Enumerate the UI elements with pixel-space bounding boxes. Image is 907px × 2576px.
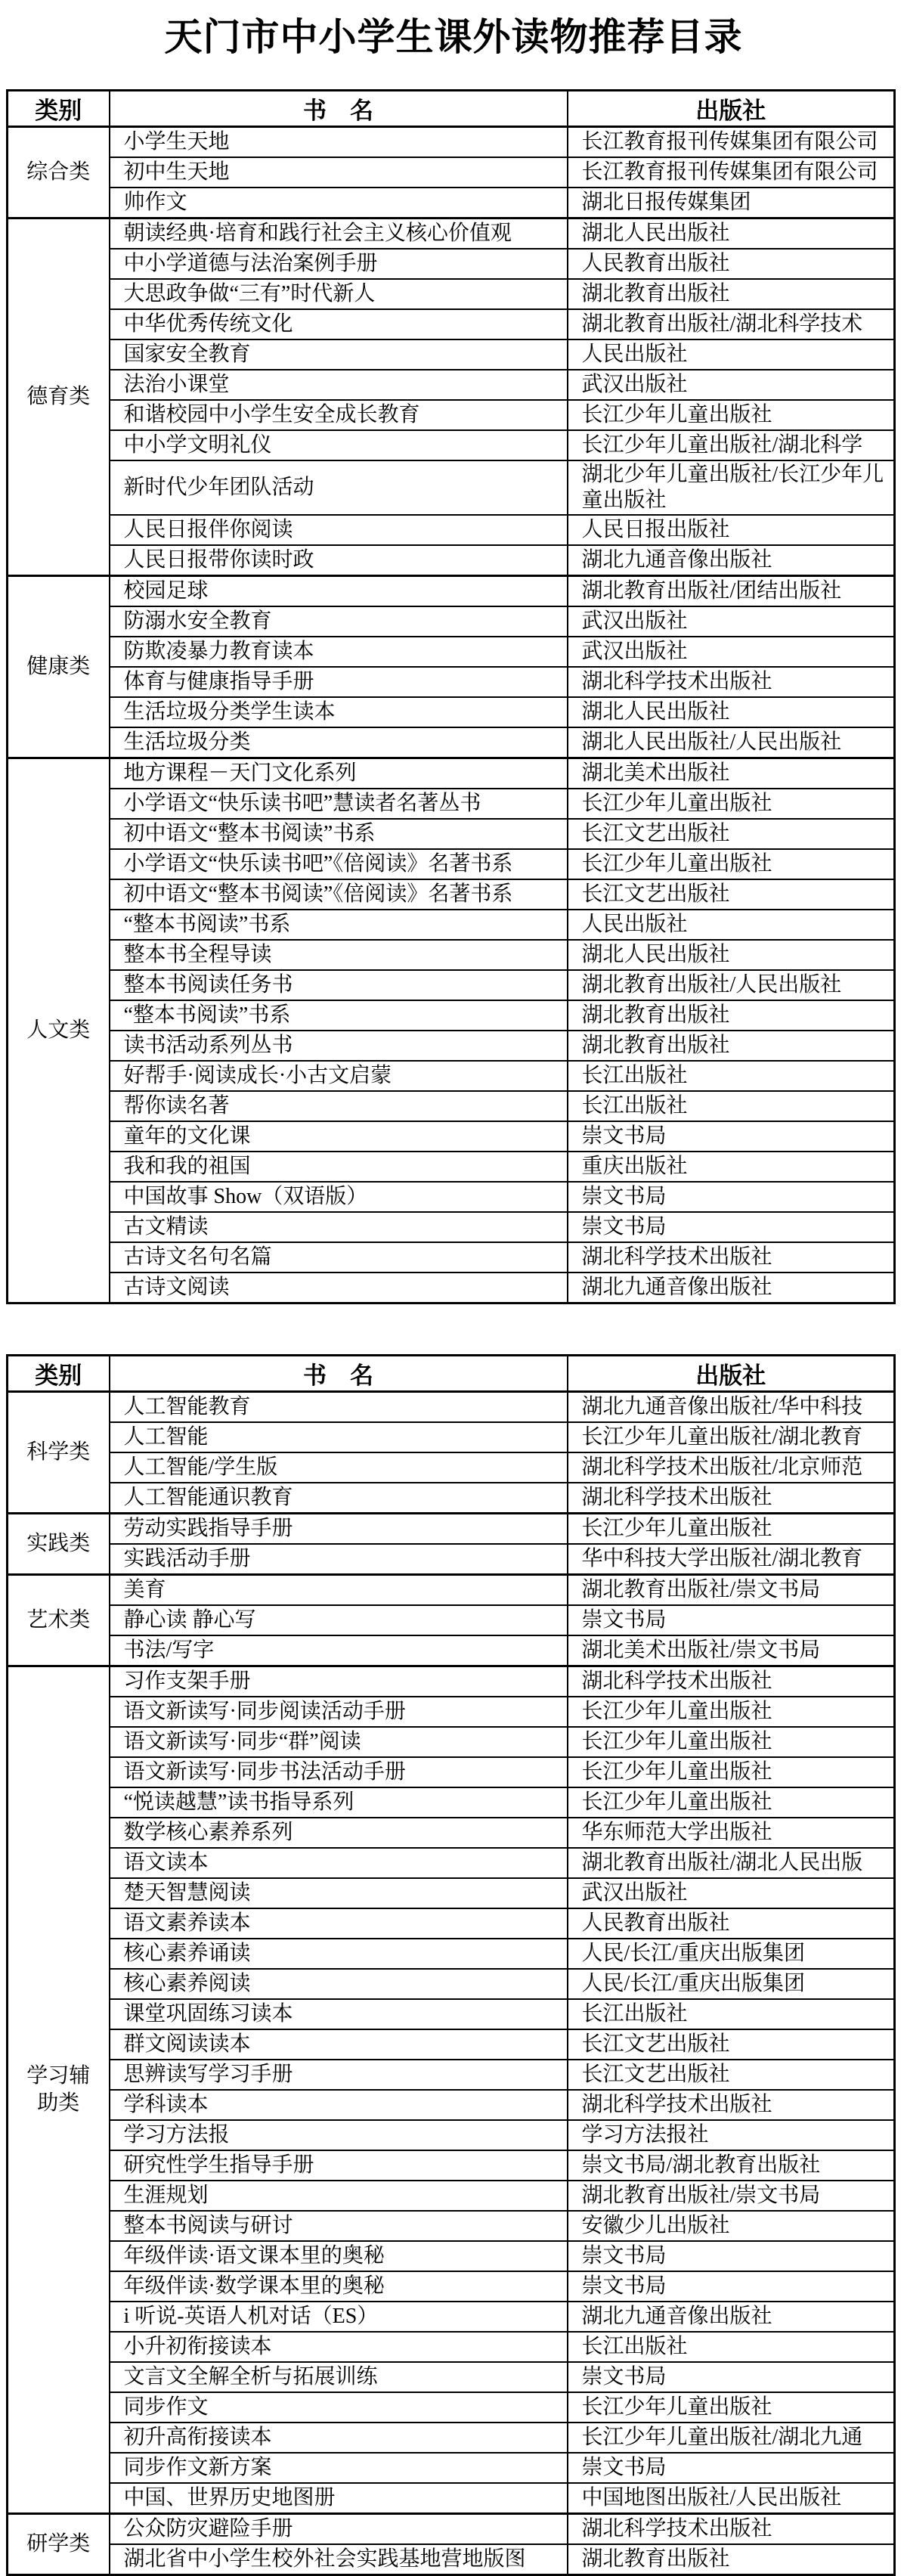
publisher-cell: 湖北教育出版社 [568,2544,895,2575]
publisher-cell: 湖北教育出版社 [568,1000,895,1031]
book-name-cell: 语文新读写·同步“群”阅读 [110,1727,568,1757]
column-header-category: 类别 [8,1356,110,1392]
book-name-cell: 学习方法报 [110,2120,568,2150]
book-name-cell: 楚天智慧阅读 [110,1878,568,1908]
publisher-cell: 湖北教育出版社 [568,1031,895,1061]
table-row: 初中语文“整本书阅读”《倍阅读》名著书系长江文艺出版社 [8,879,895,910]
catalog-table-2: 类别书 名出版社科学类人工智能教育湖北九通音像出版社/华中科技人工智能长江少年儿… [6,1354,896,2576]
table-row: 体育与健康指导手册湖北科学技术出版社 [8,667,895,697]
table-row: “整本书阅读”书系湖北教育出版社 [8,1000,895,1031]
book-name-cell: 语文读本 [110,1848,568,1878]
publisher-cell: 重庆出版社 [568,1152,895,1182]
publisher-cell: 湖北教育出版社/湖北科学技术 [568,309,895,339]
table-row: 学习方法报学习方法报社 [8,2120,895,2150]
book-name-cell: 好帮手·阅读成长·小古文启蒙 [110,1061,568,1091]
publisher-cell: 湖北科学技术出版社 [568,1483,895,1514]
publisher-cell: 崇文书局 [568,2271,895,2302]
table-row: 法治小课堂武汉出版社 [8,370,895,400]
book-name-cell: 国家安全教育 [110,339,568,370]
category-cell: 人文类 [8,758,110,1303]
publisher-cell: 崇文书局 [568,1121,895,1152]
table-row: 初中生天地长江教育报刊传媒集团有限公司 [8,157,895,188]
publisher-cell: 人民教育出版社 [568,1908,895,1939]
book-name-cell: 整本书阅读与研讨 [110,2211,568,2241]
table-row: 小升初衔接读本长江出版社 [8,2332,895,2362]
table-row: 课堂巩固练习读本长江出版社 [8,1999,895,2029]
publisher-cell: 湖北九通音像出版社/华中科技 [568,1392,895,1423]
publisher-cell: 武汉出版社 [568,637,895,667]
publisher-cell: 湖北教育出版社/崇文书局 [568,2181,895,2211]
table-row: 人工智能/学生版湖北科学技术出版社/北京师范 [8,1452,895,1483]
table-row: 整本书阅读与研讨安徽少儿出版社 [8,2211,895,2241]
table-row: 思辨读写学习手册长江文艺出版社 [8,2060,895,2090]
column-header-publisher: 出版社 [568,91,895,127]
publisher-cell: 湖北教育出版社/崇文书局 [568,1575,895,1606]
publisher-cell: 湖北少年儿童出版社/长江少年儿童出版社 [568,460,895,515]
publisher-cell: 人民出版社 [568,910,895,940]
book-name-cell: 初中生天地 [110,157,568,188]
table-row: 同步作文新方案崇文书局 [8,2453,895,2483]
book-name-cell: 人工智能/学生版 [110,1452,568,1483]
table-row: 人民日报伴你阅读人民日报出版社 [8,515,895,545]
publisher-cell: 崇文书局 [568,1212,895,1242]
book-name-cell: 大思政争做“三有”时代新人 [110,279,568,309]
book-name-cell: 公众防灾避险手册 [110,2514,568,2545]
table-row: 语文素养读本人民教育出版社 [8,1908,895,1939]
table-row: 和谐校园中小学生安全成长教育长江少年儿童出版社 [8,400,895,430]
book-name-cell: 古文精读 [110,1212,568,1242]
publisher-cell: 湖北科学技术出版社 [568,1666,895,1697]
book-name-cell: 思辨读写学习手册 [110,2060,568,2090]
book-name-cell: 防欺凌暴力教育读本 [110,637,568,667]
table-row: 整本书阅读任务书湖北教育出版社/人民出版社 [8,970,895,1000]
table-row: 德育类朝读经典·培育和践行社会主义核心价值观湖北人民出版社 [8,219,895,250]
publisher-cell: 武汉出版社 [568,370,895,400]
book-name-cell: 核心素养阅读 [110,1969,568,1999]
publisher-cell: 华东师范大学出版社 [568,1818,895,1848]
book-name-cell: 课堂巩固练习读本 [110,1999,568,2029]
publisher-cell: 湖北教育出版社/人民出版社 [568,970,895,1000]
book-name-cell: 中小学道德与法治案例手册 [110,249,568,279]
book-name-cell: 读书活动系列丛书 [110,1031,568,1061]
book-name-cell: 小学语文“快乐读书吧”慧读者名著丛书 [110,789,568,819]
book-name-cell: 静心读 静心写 [110,1605,568,1635]
table-row: 童年的文化课崇文书局 [8,1121,895,1152]
table-gap [0,1304,907,1325]
publisher-cell: 湖北科学技术出版社 [568,2090,895,2120]
book-name-cell: 中国故事 Show（双语版） [110,1182,568,1212]
book-name-cell: 新时代少年团队活动 [110,460,568,515]
table-row: 帅作文湖北日报传媒集团 [8,188,895,219]
table-row: 实践类劳动实践指导手册长江少年儿童出版社 [8,1514,895,1545]
book-name-cell: 法治小课堂 [110,370,568,400]
table-row: 语文读本湖北教育出版社/湖北人民出版 [8,1848,895,1878]
table-row: 综合类小学生天地长江教育报刊传媒集团有限公司 [8,127,895,158]
book-name-cell: 帮你读名著 [110,1091,568,1121]
publisher-cell: 人民出版社 [568,339,895,370]
publisher-cell: 长江文艺出版社 [568,879,895,910]
publisher-cell: 安徽少儿出版社 [568,2211,895,2241]
book-name-cell: “悦读越慧”读书指导系列 [110,1787,568,1818]
table-row: 古诗文阅读湖北九通音像出版社 [8,1273,895,1303]
category-cell: 艺术类 [8,1575,110,1666]
category-cell: 综合类 [8,127,110,219]
book-name-cell: 童年的文化课 [110,1121,568,1152]
book-name-cell: 我和我的祖国 [110,1152,568,1182]
column-header-book-name: 书 名 [110,1356,568,1392]
table-row: 语文新读写·同步阅读活动手册长江少年儿童出版社 [8,1697,895,1727]
table-row: 研学类公众防灾避险手册湖北科学技术出版社 [8,2514,895,2545]
book-name-cell: 生活垃圾分类学生读本 [110,697,568,727]
table-row: 楚天智慧阅读武汉出版社 [8,1878,895,1908]
book-name-cell: 中华优秀传统文化 [110,309,568,339]
book-name-cell: 人民日报带你读时政 [110,545,568,576]
book-name-cell: 实践活动手册 [110,1544,568,1575]
book-name-cell: 书法/写字 [110,1635,568,1666]
book-name-cell: 古诗文名句名篇 [110,1242,568,1273]
table-row: 中国、世界历史地图册中国地图出版社/人民出版社 [8,2483,895,2514]
publisher-cell: 长江出版社 [568,1061,895,1091]
book-name-cell: 小升初衔接读本 [110,2332,568,2362]
publisher-cell: 湖北九通音像出版社 [568,545,895,576]
book-name-cell: 核心素养诵读 [110,1939,568,1969]
book-name-cell: 防溺水安全教育 [110,606,568,637]
table-row: 新时代少年团队活动湖北少年儿童出版社/长江少年儿童出版社 [8,460,895,515]
table-row: 静心读 静心写崇文书局 [8,1605,895,1635]
table-row: 科学类人工智能教育湖北九通音像出版社/华中科技 [8,1392,895,1423]
publisher-cell: 湖北教育出版社 [568,279,895,309]
table-row: 语文新读写·同步“群”阅读长江少年儿童出版社 [8,1727,895,1757]
table-row: 小学语文“快乐读书吧”《倍阅读》名著书系长江少年儿童出版社 [8,849,895,879]
publisher-cell: 长江教育报刊传媒集团有限公司 [568,127,895,158]
table-row: 文言文全解全析与拓展训练崇文书局 [8,2362,895,2392]
publisher-cell: 长江少年儿童出版社 [568,2392,895,2423]
table-row: 核心素养诵读人民/长江/重庆出版集团 [8,1939,895,1969]
publisher-cell: 长江文艺出版社 [568,2060,895,2090]
publisher-cell: 湖北科学技术出版社 [568,2514,895,2545]
publisher-cell: 长江出版社 [568,1091,895,1121]
publisher-cell: 崇文书局 [568,2453,895,2483]
category-cell: 研学类 [8,2514,110,2575]
publisher-cell: 湖北日报传媒集团 [568,188,895,219]
publisher-cell: 武汉出版社 [568,606,895,637]
book-name-cell: “整本书阅读”书系 [110,1000,568,1031]
book-name-cell: 整本书全程导读 [110,940,568,970]
table-row: 初升高衔接读本长江少年儿童出版社/湖北九通 [8,2423,895,2453]
publisher-cell: 人民/长江/重庆出版集团 [568,1939,895,1969]
book-name-cell: “整本书阅读”书系 [110,910,568,940]
publisher-cell: 湖北教育出版社/团结出版社 [568,576,895,607]
book-name-cell: 中国、世界历史地图册 [110,2483,568,2514]
publisher-cell: 华中科技大学出版社/湖北教育 [568,1544,895,1575]
book-name-cell: 年级伴读·数学课本里的奥秘 [110,2271,568,2302]
book-name-cell: 习作支架手册 [110,1666,568,1697]
table-row: 同步作文长江少年儿童出版社 [8,2392,895,2423]
publisher-cell: 中国地图出版社/人民出版社 [568,2483,895,2514]
table-row: 人文类地方课程－天门文化系列湖北美术出版社 [8,758,895,789]
column-header-category: 类别 [8,91,110,127]
table-row: 生涯规划湖北教育出版社/崇文书局 [8,2181,895,2211]
publisher-cell: 湖北科学技术出版社/北京师范 [568,1452,895,1483]
table-row: 健康类校园足球湖北教育出版社/团结出版社 [8,576,895,607]
table-row: 语文新读写·同步书法活动手册长江少年儿童出版社 [8,1757,895,1787]
publisher-cell: 人民/长江/重庆出版集团 [568,1969,895,1999]
table-row: 人民日报带你读时政湖北九通音像出版社 [8,545,895,576]
table-row: 年级伴读·语文课本里的奥秘崇文书局 [8,2241,895,2271]
table-row: 研究性学生指导手册崇文书局/湖北教育出版社 [8,2150,895,2181]
category-cell: 学习辅助类 [8,1666,110,2514]
table-row: 帮你读名著长江出版社 [8,1091,895,1121]
publisher-cell: 长江少年儿童出版社/湖北科学 [568,430,895,460]
table-row: 中国故事 Show（双语版）崇文书局 [8,1182,895,1212]
book-name-cell: 体育与健康指导手册 [110,667,568,697]
publisher-cell: 长江少年儿童出版社 [568,1757,895,1787]
publisher-cell: 长江少年儿童出版社 [568,789,895,819]
table-row: 数学核心素养系列华东师范大学出版社 [8,1818,895,1848]
table-row: 群文阅读读本长江文艺出版社 [8,2029,895,2060]
book-name-cell: 文言文全解全析与拓展训练 [110,2362,568,2392]
book-name-cell: 朝读经典·培育和践行社会主义核心价值观 [110,219,568,250]
table-row: 古诗文名句名篇湖北科学技术出版社 [8,1242,895,1273]
publisher-cell: 崇文书局 [568,1182,895,1212]
table-row: 中小学文明礼仪长江少年儿童出版社/湖北科学 [8,430,895,460]
book-name-cell: 人工智能通识教育 [110,1483,568,1514]
table-row: 好帮手·阅读成长·小古文启蒙长江出版社 [8,1061,895,1091]
table-row: 核心素养阅读人民/长江/重庆出版集团 [8,1969,895,1999]
table-row: 整本书全程导读湖北人民出版社 [8,940,895,970]
table-row: 小学语文“快乐读书吧”慧读者名著丛书长江少年儿童出版社 [8,789,895,819]
book-name-cell: 人工智能 [110,1422,568,1452]
publisher-cell: 湖北美术出版社 [568,758,895,789]
table-row: 湖北省中小学生校外社会实践基地营地版图湖北教育出版社 [8,2544,895,2575]
publisher-cell: 长江出版社 [568,1999,895,2029]
table-row: 读书活动系列丛书湖北教育出版社 [8,1031,895,1061]
publisher-cell: 崇文书局 [568,2241,895,2271]
publisher-cell: 湖北人民出版社 [568,697,895,727]
book-name-cell: 和谐校园中小学生安全成长教育 [110,400,568,430]
header-row: 类别书 名出版社 [8,1356,895,1392]
book-name-cell: i 听说-英语人机对话（ES） [110,2302,568,2332]
book-name-cell: 研究性学生指导手册 [110,2150,568,2181]
header-row: 类别书 名出版社 [8,91,895,127]
table-row: 生活垃圾分类学生读本湖北人民出版社 [8,697,895,727]
category-cell: 健康类 [8,576,110,758]
publisher-cell: 湖北科学技术出版社 [568,1242,895,1273]
book-name-cell: 数学核心素养系列 [110,1818,568,1848]
publisher-cell: 长江出版社 [568,2332,895,2362]
publisher-cell: 崇文书局 [568,2362,895,2392]
table-row: “整本书阅读”书系人民出版社 [8,910,895,940]
category-cell: 科学类 [8,1392,110,1514]
book-name-cell: 群文阅读读本 [110,2029,568,2060]
table-row: 古文精读崇文书局 [8,1212,895,1242]
publisher-cell: 湖北人民出版社 [568,940,895,970]
book-name-cell: 人民日报伴你阅读 [110,515,568,545]
book-name-cell: 年级伴读·语文课本里的奥秘 [110,2241,568,2271]
column-header-book-name: 书 名 [110,91,568,127]
book-name-cell: 生涯规划 [110,2181,568,2211]
book-name-cell: 语文素养读本 [110,1908,568,1939]
book-name-cell: 美育 [110,1575,568,1606]
publisher-cell: 湖北科学技术出版社 [568,667,895,697]
table-row: 年级伴读·数学课本里的奥秘崇文书局 [8,2271,895,2302]
book-name-cell: 同步作文 [110,2392,568,2423]
table-row: 人工智能长江少年儿童出版社/湖北教育 [8,1422,895,1452]
book-name-cell: 初升高衔接读本 [110,2423,568,2453]
book-name-cell: 校园足球 [110,576,568,607]
book-name-cell: 湖北省中小学生校外社会实践基地营地版图 [110,2544,568,2575]
publisher-cell: 长江文艺出版社 [568,819,895,849]
publisher-cell: 崇文书局/湖北教育出版社 [568,2150,895,2181]
publisher-cell: 学习方法报社 [568,2120,895,2150]
table-row: 大思政争做“三有”时代新人湖北教育出版社 [8,279,895,309]
category-cell: 实践类 [8,1514,110,1575]
publisher-cell: 湖北九通音像出版社 [568,2302,895,2332]
book-name-cell: 人工智能教育 [110,1392,568,1423]
publisher-cell: 长江少年儿童出版社 [568,400,895,430]
publisher-cell: 湖北美术出版社/崇文书局 [568,1635,895,1666]
category-cell: 德育类 [8,219,110,576]
table-row: 学习辅助类习作支架手册湖北科学技术出版社 [8,1666,895,1697]
publisher-cell: 长江少年儿童出版社/湖北教育 [568,1422,895,1452]
column-header-publisher: 出版社 [568,1356,895,1392]
book-name-cell: 古诗文阅读 [110,1273,568,1303]
table-row: 中小学道德与法治案例手册人民教育出版社 [8,249,895,279]
catalog-table-1: 类别书 名出版社综合类小学生天地长江教育报刊传媒集团有限公司初中生天地长江教育报… [6,89,896,1304]
table-row: 学科读本湖北科学技术出版社 [8,2090,895,2120]
table-row: 初中语文“整本书阅读”书系长江文艺出版社 [8,819,895,849]
book-name-cell: 小学生天地 [110,127,568,158]
publisher-cell: 长江文艺出版社 [568,2029,895,2060]
publisher-cell: 武汉出版社 [568,1878,895,1908]
table-row: 国家安全教育人民出版社 [8,339,895,370]
publisher-cell: 湖北人民出版社/人民出版社 [568,727,895,758]
book-name-cell: 小学语文“快乐读书吧”《倍阅读》名著书系 [110,849,568,879]
book-name-cell: 初中语文“整本书阅读”书系 [110,819,568,849]
publisher-cell: 长江少年儿童出版社/湖北九通 [568,2423,895,2453]
book-name-cell: 语文新读写·同步书法活动手册 [110,1757,568,1787]
table-row: 艺术类美育湖北教育出版社/崇文书局 [8,1575,895,1606]
publisher-cell: 人民日报出版社 [568,515,895,545]
publisher-cell: 长江少年儿童出版社 [568,1514,895,1545]
publisher-cell: 长江教育报刊传媒集团有限公司 [568,157,895,188]
table-row: 防溺水安全教育武汉出版社 [8,606,895,637]
publisher-cell: 长江少年儿童出版社 [568,1697,895,1727]
table-row: 防欺凌暴力教育读本武汉出版社 [8,637,895,667]
table-row: i 听说-英语人机对话（ES）湖北九通音像出版社 [8,2302,895,2332]
publisher-cell: 崇文书局 [568,1605,895,1635]
page-title: 天门市中小学生课外读物推荐目录 [0,0,907,60]
table-row: 中华优秀传统文化湖北教育出版社/湖北科学技术 [8,309,895,339]
table-row: 书法/写字湖北美术出版社/崇文书局 [8,1635,895,1666]
table-row: 实践活动手册华中科技大学出版社/湖北教育 [8,1544,895,1575]
table-row: 生活垃圾分类湖北人民出版社/人民出版社 [8,727,895,758]
book-name-cell: 整本书阅读任务书 [110,970,568,1000]
publisher-cell: 湖北教育出版社/湖北人民出版 [568,1848,895,1878]
book-name-cell: 帅作文 [110,188,568,219]
book-name-cell: 学科读本 [110,2090,568,2120]
table-row: 我和我的祖国重庆出版社 [8,1152,895,1182]
book-name-cell: 语文新读写·同步阅读活动手册 [110,1697,568,1727]
table-row: 人工智能通识教育湖北科学技术出版社 [8,1483,895,1514]
book-name-cell: 生活垃圾分类 [110,727,568,758]
publisher-cell: 长江少年儿童出版社 [568,849,895,879]
book-name-cell: 中小学文明礼仪 [110,430,568,460]
publisher-cell: 湖北九通音像出版社 [568,1273,895,1303]
publisher-cell: 人民教育出版社 [568,249,895,279]
table-row: “悦读越慧”读书指导系列长江少年儿童出版社 [8,1787,895,1818]
publisher-cell: 湖北人民出版社 [568,219,895,250]
publisher-cell: 长江少年儿童出版社 [568,1787,895,1818]
book-name-cell: 地方课程－天门文化系列 [110,758,568,789]
book-name-cell: 劳动实践指导手册 [110,1514,568,1545]
publisher-cell: 长江少年儿童出版社 [568,1727,895,1757]
book-name-cell: 初中语文“整本书阅读”《倍阅读》名著书系 [110,879,568,910]
document-page: 天门市中小学生课外读物推荐目录 类别书 名出版社综合类小学生天地长江教育报刊传媒… [0,0,907,2576]
book-name-cell: 同步作文新方案 [110,2453,568,2483]
